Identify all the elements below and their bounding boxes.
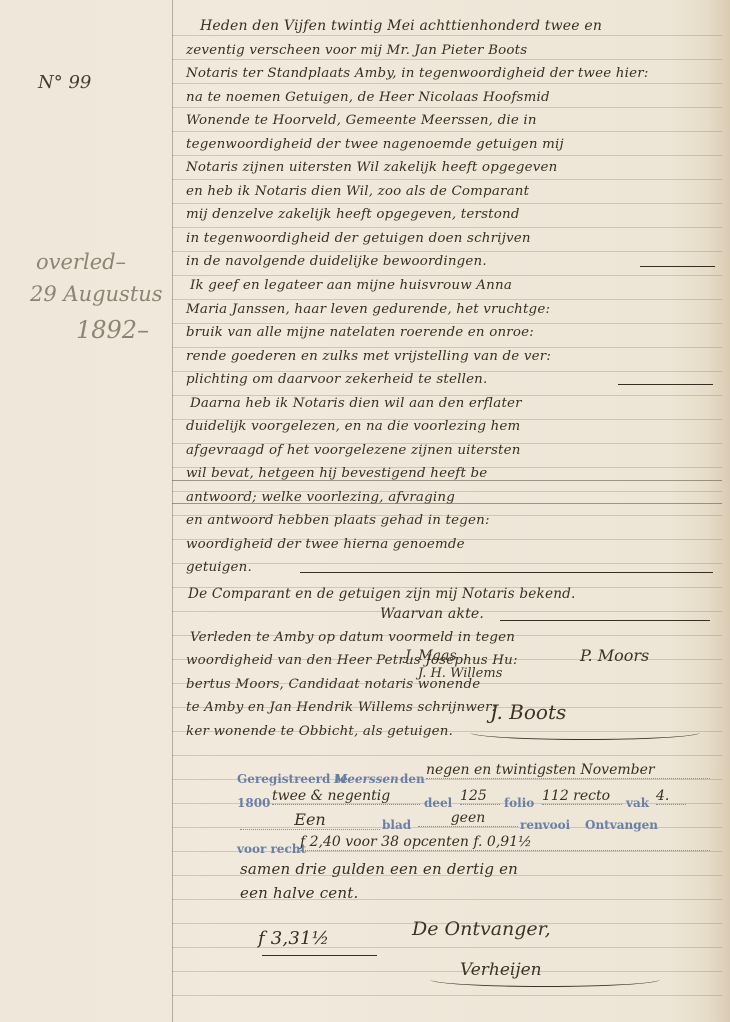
line-filler (640, 266, 715, 267)
parties-known-statement: De Comparant en de getuigen zijn mij Not… (188, 586, 576, 602)
stamp-receiver-label: De Ontvanger, (412, 918, 551, 940)
act-number: N° 99 (38, 72, 91, 93)
signature-witness1: J. Maas (405, 648, 457, 664)
stamp-recht-value: f 2,40 voor 38 opcenten f. 0,91½ (300, 834, 710, 851)
body-line: Maria Janssen, haar leven gedurende, het… (186, 302, 550, 317)
stamp-voor-recht-label: voor recht (237, 842, 306, 856)
stamp-place: Meerssen (334, 772, 399, 786)
line-filler (618, 384, 713, 385)
closing-line: Verleden te Amby op datum voormeld in te… (190, 630, 515, 645)
line-filler (300, 572, 713, 573)
stamp-total-words-1: samen drie gulden een en dertig en (240, 860, 518, 878)
body-line: woordigheid der twee hierna genoemde (186, 537, 465, 552)
stamp-renvooi-label: renvooi (520, 818, 570, 832)
stamp-deel-label: deel (424, 796, 452, 810)
stamp-ontvangen-label: Ontvangen (585, 818, 658, 832)
stamp-total-words-2: een halve cent. (240, 884, 358, 902)
stamp-deel: 125 (460, 788, 500, 805)
body-line: Notaris ter Standplaats Amby, in tegenwo… (186, 66, 649, 81)
body-line: bruik van alle mijne natelaten roerende … (186, 325, 534, 340)
stamp-date: negen en twintigsten November (426, 762, 710, 779)
signature-flourish (470, 725, 700, 740)
body-line: Daarna heb ik Notaris dien wil aan den e… (190, 396, 522, 411)
body-line: Wonende te Hoorveld, Gemeente Meerssen, … (186, 113, 537, 128)
closing-line: te Amby en Jan Hendrik Willems schrijnwe… (186, 700, 497, 715)
body-line: in tegenwoordigheid der getuigen doen sc… (186, 231, 531, 246)
section-divider (172, 480, 722, 481)
body-line: tegenwoordigheid der twee nagenoemde get… (186, 137, 564, 152)
signature-witness2: J. H. Willems (418, 666, 502, 681)
body-line: duidelijk voorgelezen, en na die voorlez… (186, 419, 520, 434)
body-line: mij denzelve zakelijk heeft opgegeven, t… (186, 207, 520, 222)
margin-note-line2: 29 Augustus (30, 282, 163, 306)
body-line: zeventig verscheen voor mij Mr. Jan Piet… (186, 43, 527, 58)
stamp-folio-label: folio (504, 796, 534, 810)
receiver-flourish (430, 972, 660, 987)
closing-line: ker wonende te Obbicht, als getuigen. (186, 724, 453, 739)
stamp-vak-label: vak (626, 796, 649, 810)
stamp-renvooi: geen (418, 810, 518, 827)
signature-notary: J. Boots (490, 700, 566, 724)
margin-rule (172, 0, 173, 1022)
stamp-den-label: den (400, 772, 425, 786)
section-divider (172, 503, 722, 504)
body-line: en heb ik Notaris dien Wil, zoo als de C… (186, 184, 529, 199)
body-line: en antwoord hebben plaats gehad in tegen… (186, 513, 490, 528)
body-line: wil bevat, hetgeen hij bevestigend heeft… (186, 466, 487, 481)
stamp-year: twee & negentig (272, 788, 420, 805)
stamp-blad-label: blad (382, 818, 411, 832)
waarvan-akte: Waarvan akte. (380, 606, 484, 622)
stamp-year-prefix: 1800 (237, 796, 270, 810)
body-line: Notaris zijnen uitersten Wil zakelijk he… (186, 160, 557, 175)
stamp-total-amount: f 3,31½ (258, 928, 329, 949)
body-line: Heden den Vijfen twintig Mei achttienhon… (200, 18, 602, 34)
body-line: na te noemen Getuigen, de Heer Nicolaas … (186, 90, 550, 105)
stamp-blad: Een (240, 810, 380, 830)
amount-underline (262, 955, 377, 956)
line-filler (500, 620, 710, 621)
body-line: rende goederen en zulks met vrijstelling… (186, 349, 551, 364)
signature-witness3: P. Moors (580, 646, 649, 665)
margin-note-line3: 1892– (76, 316, 149, 344)
body-line: in de navolgende duidelijke bewoordingen… (186, 254, 487, 269)
body-line: getuigen. (186, 560, 252, 575)
stamp-registered-label: Geregistreerd te (237, 772, 348, 786)
stamp-folio: 112 recto (542, 788, 622, 805)
body-line: plichting om daarvoor zekerheid te stell… (186, 372, 487, 387)
margin-note-line1: overled– (36, 250, 126, 274)
document-page: N° 99 overled– 29 Augustus 1892– Heden d… (0, 0, 730, 1022)
body-line: Ik geef en legateer aan mijne huisvrouw … (190, 278, 512, 293)
stamp-vak: 4. (656, 788, 686, 805)
body-line: afgevraagd of het voorgelezene zijnen ui… (186, 443, 521, 458)
